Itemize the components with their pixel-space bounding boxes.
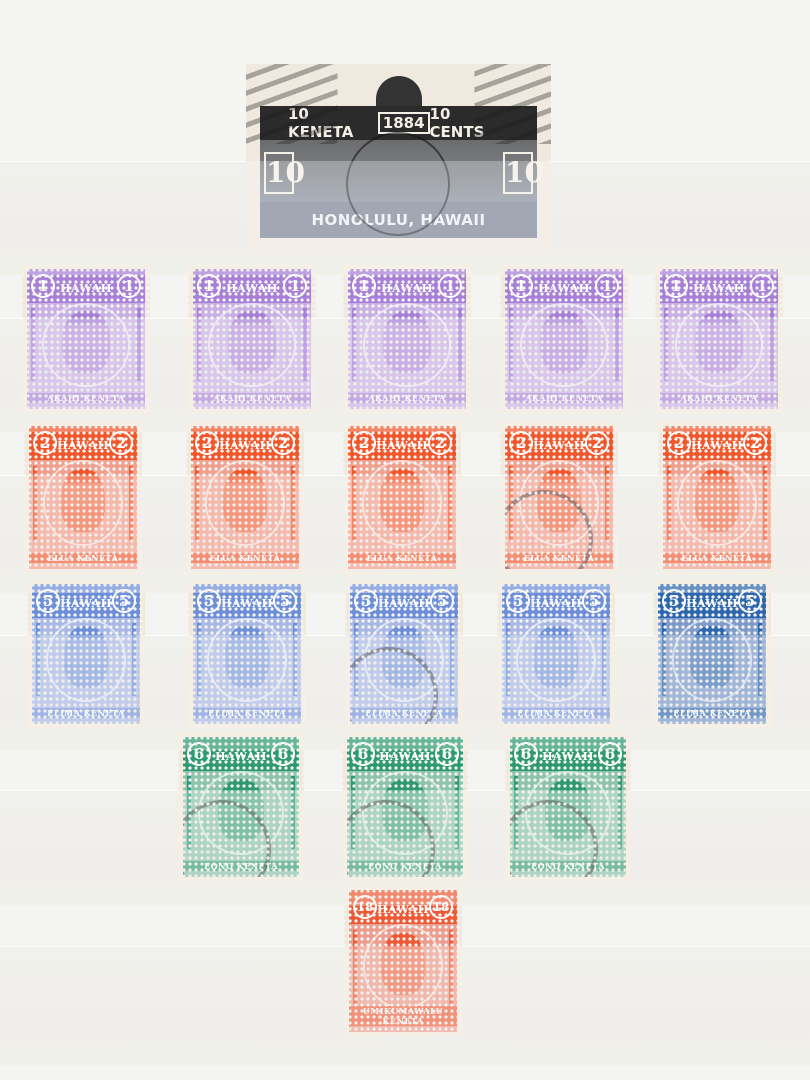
country-name: HAWAII (686, 597, 738, 610)
frame-bar (455, 776, 459, 849)
stamp-1c: 1HAWAII1AKAHI KENETA (22, 264, 150, 414)
royal-portrait (382, 779, 428, 841)
royal-portrait (537, 469, 580, 532)
country-name: HAWAII (219, 439, 271, 452)
country-name: HAWAII (530, 597, 582, 610)
denomination-left: 2 (509, 431, 533, 455)
stamp-design: 2HAWAII2ELUA KENETA (663, 426, 771, 569)
frame-bar (458, 308, 462, 381)
stamp-5c: 5HAWAII5ELIMA KENETA (345, 579, 463, 729)
value-in-words: ELUA KENETA (505, 553, 613, 563)
stamp-5c: 5HAWAII5ELIMA KENETA (497, 579, 615, 729)
value-in-words: EONO KENETA (347, 861, 463, 871)
country-name: HAWAII (221, 597, 273, 610)
denomination-right: 10 (503, 152, 533, 194)
stamp-header: 5HAWAII5 (32, 584, 140, 618)
country-name: HAWAII (378, 597, 430, 610)
royal-portrait (540, 311, 587, 373)
frame-bar (351, 776, 355, 849)
frame-bar (132, 623, 136, 696)
stamp-6c: 6HAWAII6EONO KENETA (505, 732, 631, 882)
frame-bar (602, 623, 606, 696)
stamp-header: 2HAWAII2 (29, 426, 137, 460)
stamp-1c: 1HAWAII1AKAHI KENETA (655, 264, 783, 414)
royal-portrait (218, 779, 264, 841)
denomination-left: 1 (664, 274, 688, 298)
denomination-right: 1 (595, 274, 619, 298)
denomination-right: 2 (271, 431, 295, 455)
denomination-right: 6 (271, 742, 295, 766)
denomination-right: 5 (430, 589, 454, 613)
royal-portrait (228, 311, 275, 373)
denomination-left: 5 (662, 589, 686, 613)
stamp-design: 5HAWAII5ELIMA KENETA (32, 584, 140, 724)
denomination-right: 1 (750, 274, 774, 298)
frame-bar (514, 776, 518, 849)
denomination-left: 5 (506, 589, 530, 613)
denomination-right: 2 (428, 431, 452, 455)
royal-portrait (534, 626, 577, 688)
value-in-words: ELUA KENETA (191, 553, 299, 563)
stamp-1c: 1HAWAII1AKAHI KENETA (500, 264, 628, 414)
value-in-words: ELIMA KENETA (350, 708, 458, 718)
royal-portrait (382, 626, 425, 688)
denomination-left: 18 (353, 895, 377, 919)
denomination-left: 5 (197, 589, 221, 613)
stamp-design: 1HAWAII1AKAHI KENETA (348, 269, 466, 409)
stamp-2c: 2HAWAII2ELUA KENETA (658, 421, 776, 574)
frame-bar (197, 623, 201, 696)
denomination-right: 6 (598, 742, 622, 766)
country-name: HAWAII (376, 439, 428, 452)
value-in-words: ELUA KENETA (29, 553, 137, 563)
frame-bar (509, 466, 513, 540)
denomination-left: 2 (352, 431, 376, 455)
denomination-left: 5 (354, 589, 378, 613)
frame-bar (187, 776, 191, 849)
value-in-words: AKAHI KENETA (348, 393, 466, 403)
stamp-header: 1HAWAII1 (348, 269, 466, 303)
denomination-right: 5 (738, 589, 762, 613)
stamp-design: 6HAWAII6EONO KENETA (347, 737, 463, 877)
value-in-words: AKAHI KENETA (193, 393, 311, 403)
value-in-words: ELIMA KENETA (502, 708, 610, 718)
frame-bar (667, 466, 671, 540)
value-in-words: AKAHI KENETA (660, 393, 778, 403)
denomination-left: 6 (351, 742, 375, 766)
denomination-left: 6 (187, 742, 211, 766)
denomination-right: 1 (283, 274, 307, 298)
frame-bar (293, 623, 297, 696)
stamp-2c: 2HAWAII2ELUA KENETA (343, 421, 461, 574)
royal-portrait (223, 469, 266, 532)
album-page-bottom (0, 1065, 810, 1080)
frame-bar (758, 623, 762, 696)
stamp-header: 1HAWAII1 (27, 269, 145, 303)
royal-portrait (545, 779, 591, 841)
stamp-header: 18HAWAII18 (349, 890, 457, 924)
frame-bar (450, 623, 454, 696)
royal-portrait (695, 311, 742, 373)
stamp-design: 1HAWAII1AKAHI KENETA (27, 269, 145, 409)
country-name: HAWAII (60, 597, 112, 610)
stamp-5c: 5HAWAII5ELIMA KENETA (27, 579, 145, 729)
stamp-header: 6HAWAII6 (510, 737, 626, 771)
denomination-left: 1 (197, 274, 221, 298)
royal-portrait (381, 933, 424, 996)
country-name: HAWAII (533, 439, 585, 452)
country-name: HAWAII (377, 903, 429, 916)
country-name: HAWAII (691, 439, 743, 452)
frame-bar (354, 623, 358, 696)
stamp-header: 5HAWAII5 (350, 584, 458, 618)
denomination-left: 5 (36, 589, 60, 613)
frame-bar (291, 466, 295, 540)
denomination-right: 1 (438, 274, 462, 298)
stamp-1c: 1HAWAII1AKAHI KENETA (188, 264, 316, 414)
denomination-left: 2 (195, 431, 219, 455)
denomination-right: 2 (109, 431, 133, 455)
frame-bar (353, 930, 357, 1004)
royal-portrait (690, 626, 733, 688)
stamp-6c: 6HAWAII6EONO KENETA (178, 732, 304, 882)
country-name: HAWAII (215, 750, 267, 763)
stamp-header: 1HAWAII1 (505, 269, 623, 303)
stamp-5c: 5HAWAII5ELIMA KENETA (653, 579, 771, 729)
stamp-header: 2HAWAII2 (505, 426, 613, 460)
frame-bar (291, 776, 295, 849)
stamp-header: 2HAWAII2 (663, 426, 771, 460)
stamp-header: 2HAWAII2 (191, 426, 299, 460)
stamp-design: 2HAWAII2ELUA KENETA (348, 426, 456, 569)
stamp-2c: 2HAWAII2ELUA KENETA (186, 421, 304, 574)
frame-bar (31, 308, 35, 381)
stamp-design: 5HAWAII5ELIMA KENETA (193, 584, 301, 724)
royal-portrait (64, 626, 107, 688)
stamp-1c: 1HAWAII1AKAHI KENETA (343, 264, 471, 414)
stamp-header: 2HAWAII2 (348, 426, 456, 460)
denomination-left: 2 (667, 431, 691, 455)
stamp-design: 18HAWAII18UMIKUMAWALU KENETA (349, 890, 457, 1032)
denomination-right: 5 (273, 589, 297, 613)
denomination-right: 5 (582, 589, 606, 613)
stamp-design: 2HAWAII2ELUA KENETA (191, 426, 299, 569)
denomination-right: 1 (117, 274, 141, 298)
frame-bar (506, 623, 510, 696)
denomination-right: 2 (743, 431, 767, 455)
frame-bar (615, 308, 619, 381)
frame-bar (605, 466, 609, 540)
value-in-words: AKAHI KENETA (27, 393, 145, 403)
value-in-words: ELUA KENETA (348, 553, 456, 563)
country-name: HAWAII (379, 750, 431, 763)
stamp-design: 5HAWAII5ELIMA KENETA (502, 584, 610, 724)
stamp-header: 1HAWAII1 (660, 269, 778, 303)
stamp-design: 6HAWAII6EONO KENETA (183, 737, 299, 877)
royal-portrait (695, 469, 738, 532)
country-name: HAWAII (226, 282, 278, 295)
value-in-words: ELUA KENETA (663, 553, 771, 563)
denomination-left: 6 (514, 742, 538, 766)
stamp-header: 6HAWAII6 (347, 737, 463, 771)
royal-portrait (225, 626, 268, 688)
country-name: HAWAII (542, 750, 594, 763)
country-name: HAWAII (381, 282, 433, 295)
frame-bar (36, 623, 40, 696)
frame-bar (33, 466, 37, 540)
royal-portrait (61, 469, 104, 532)
stamp-design: 5HAWAII5ELIMA KENETA (658, 584, 766, 724)
frame-bar (662, 623, 666, 696)
frame-bar (195, 466, 199, 540)
stamp-header: 5HAWAII5 (502, 584, 610, 618)
stamp-5c: 5HAWAII5ELIMA KENETA (188, 579, 306, 729)
stamp-18c: 18HAWAII18UMIKUMAWALU KENETA (344, 885, 462, 1037)
frame-bar (303, 308, 307, 381)
frame-bar (664, 308, 668, 381)
frame-bar (509, 308, 513, 381)
denomination-left: 2 (33, 431, 57, 455)
denomination-left: 1 (352, 274, 376, 298)
denomination-right: 6 (435, 742, 459, 766)
stamp-6c: 6HAWAII6EONO KENETA (342, 732, 468, 882)
stamp-design: 1HAWAII1AKAHI KENETA (193, 269, 311, 409)
frame-bar (129, 466, 133, 540)
denomination-left: 10 (264, 152, 294, 194)
country-name: HAWAII (538, 282, 590, 295)
frame-bar (352, 466, 356, 540)
stamp-design: 1HAWAII1AKAHI KENETA (505, 269, 623, 409)
value-in-words: AKAHI KENETA (505, 393, 623, 403)
frame-bar (770, 308, 774, 381)
value-in-words: ELIMA KENETA (32, 708, 140, 718)
country-name: HAWAII (57, 439, 109, 452)
stamp-design: 1HAWAII1AKAHI KENETA (660, 269, 778, 409)
value-in-words: ELIMA KENETA (658, 708, 766, 718)
stamp-header: 1HAWAII1 (193, 269, 311, 303)
frame-bar (137, 308, 141, 381)
stamp-design: 2HAWAII2ELUA KENETA (505, 426, 613, 569)
frame-bar (448, 466, 452, 540)
royal-portrait (62, 311, 109, 373)
denomination-left: 1 (31, 274, 55, 298)
frame-bar (197, 308, 201, 381)
stamp-header: 5HAWAII5 (193, 584, 301, 618)
envelope-cut-square-10c: 10 KENETA 1884 10 CENTS 10 10 HONOLULU, … (246, 64, 551, 254)
frame-bar (763, 466, 767, 540)
stamp-header: 5HAWAII5 (658, 584, 766, 618)
country-name: HAWAII (693, 282, 745, 295)
frame-bar (352, 308, 356, 381)
denomination-right: 2 (585, 431, 609, 455)
value-in-words: EONO KENETA (510, 861, 626, 871)
denomination-left: 1 (509, 274, 533, 298)
stamp-2c: 2HAWAII2ELUA KENETA (24, 421, 142, 574)
denomination-right: 18 (429, 895, 453, 919)
stamp-2c: 2HAWAII2ELUA KENETA (500, 421, 618, 574)
stamp-design: 6HAWAII6EONO KENETA (510, 737, 626, 877)
stamp-header: 6HAWAII6 (183, 737, 299, 771)
frame-bar (449, 930, 453, 1004)
postmark-circle (346, 132, 450, 236)
royal-portrait (380, 469, 423, 532)
stamp-design: 5HAWAII5ELIMA KENETA (350, 584, 458, 724)
royal-portrait (383, 311, 430, 373)
country-name: HAWAII (60, 282, 112, 295)
stamp-design: 2HAWAII2ELUA KENETA (29, 426, 137, 569)
denomination-right: 5 (112, 589, 136, 613)
value-in-words: UMIKUMAWALU KENETA (349, 1006, 457, 1026)
value-in-words: EONO KENETA (183, 861, 299, 871)
frame-bar (618, 776, 622, 849)
value-in-words: ELIMA KENETA (193, 708, 301, 718)
